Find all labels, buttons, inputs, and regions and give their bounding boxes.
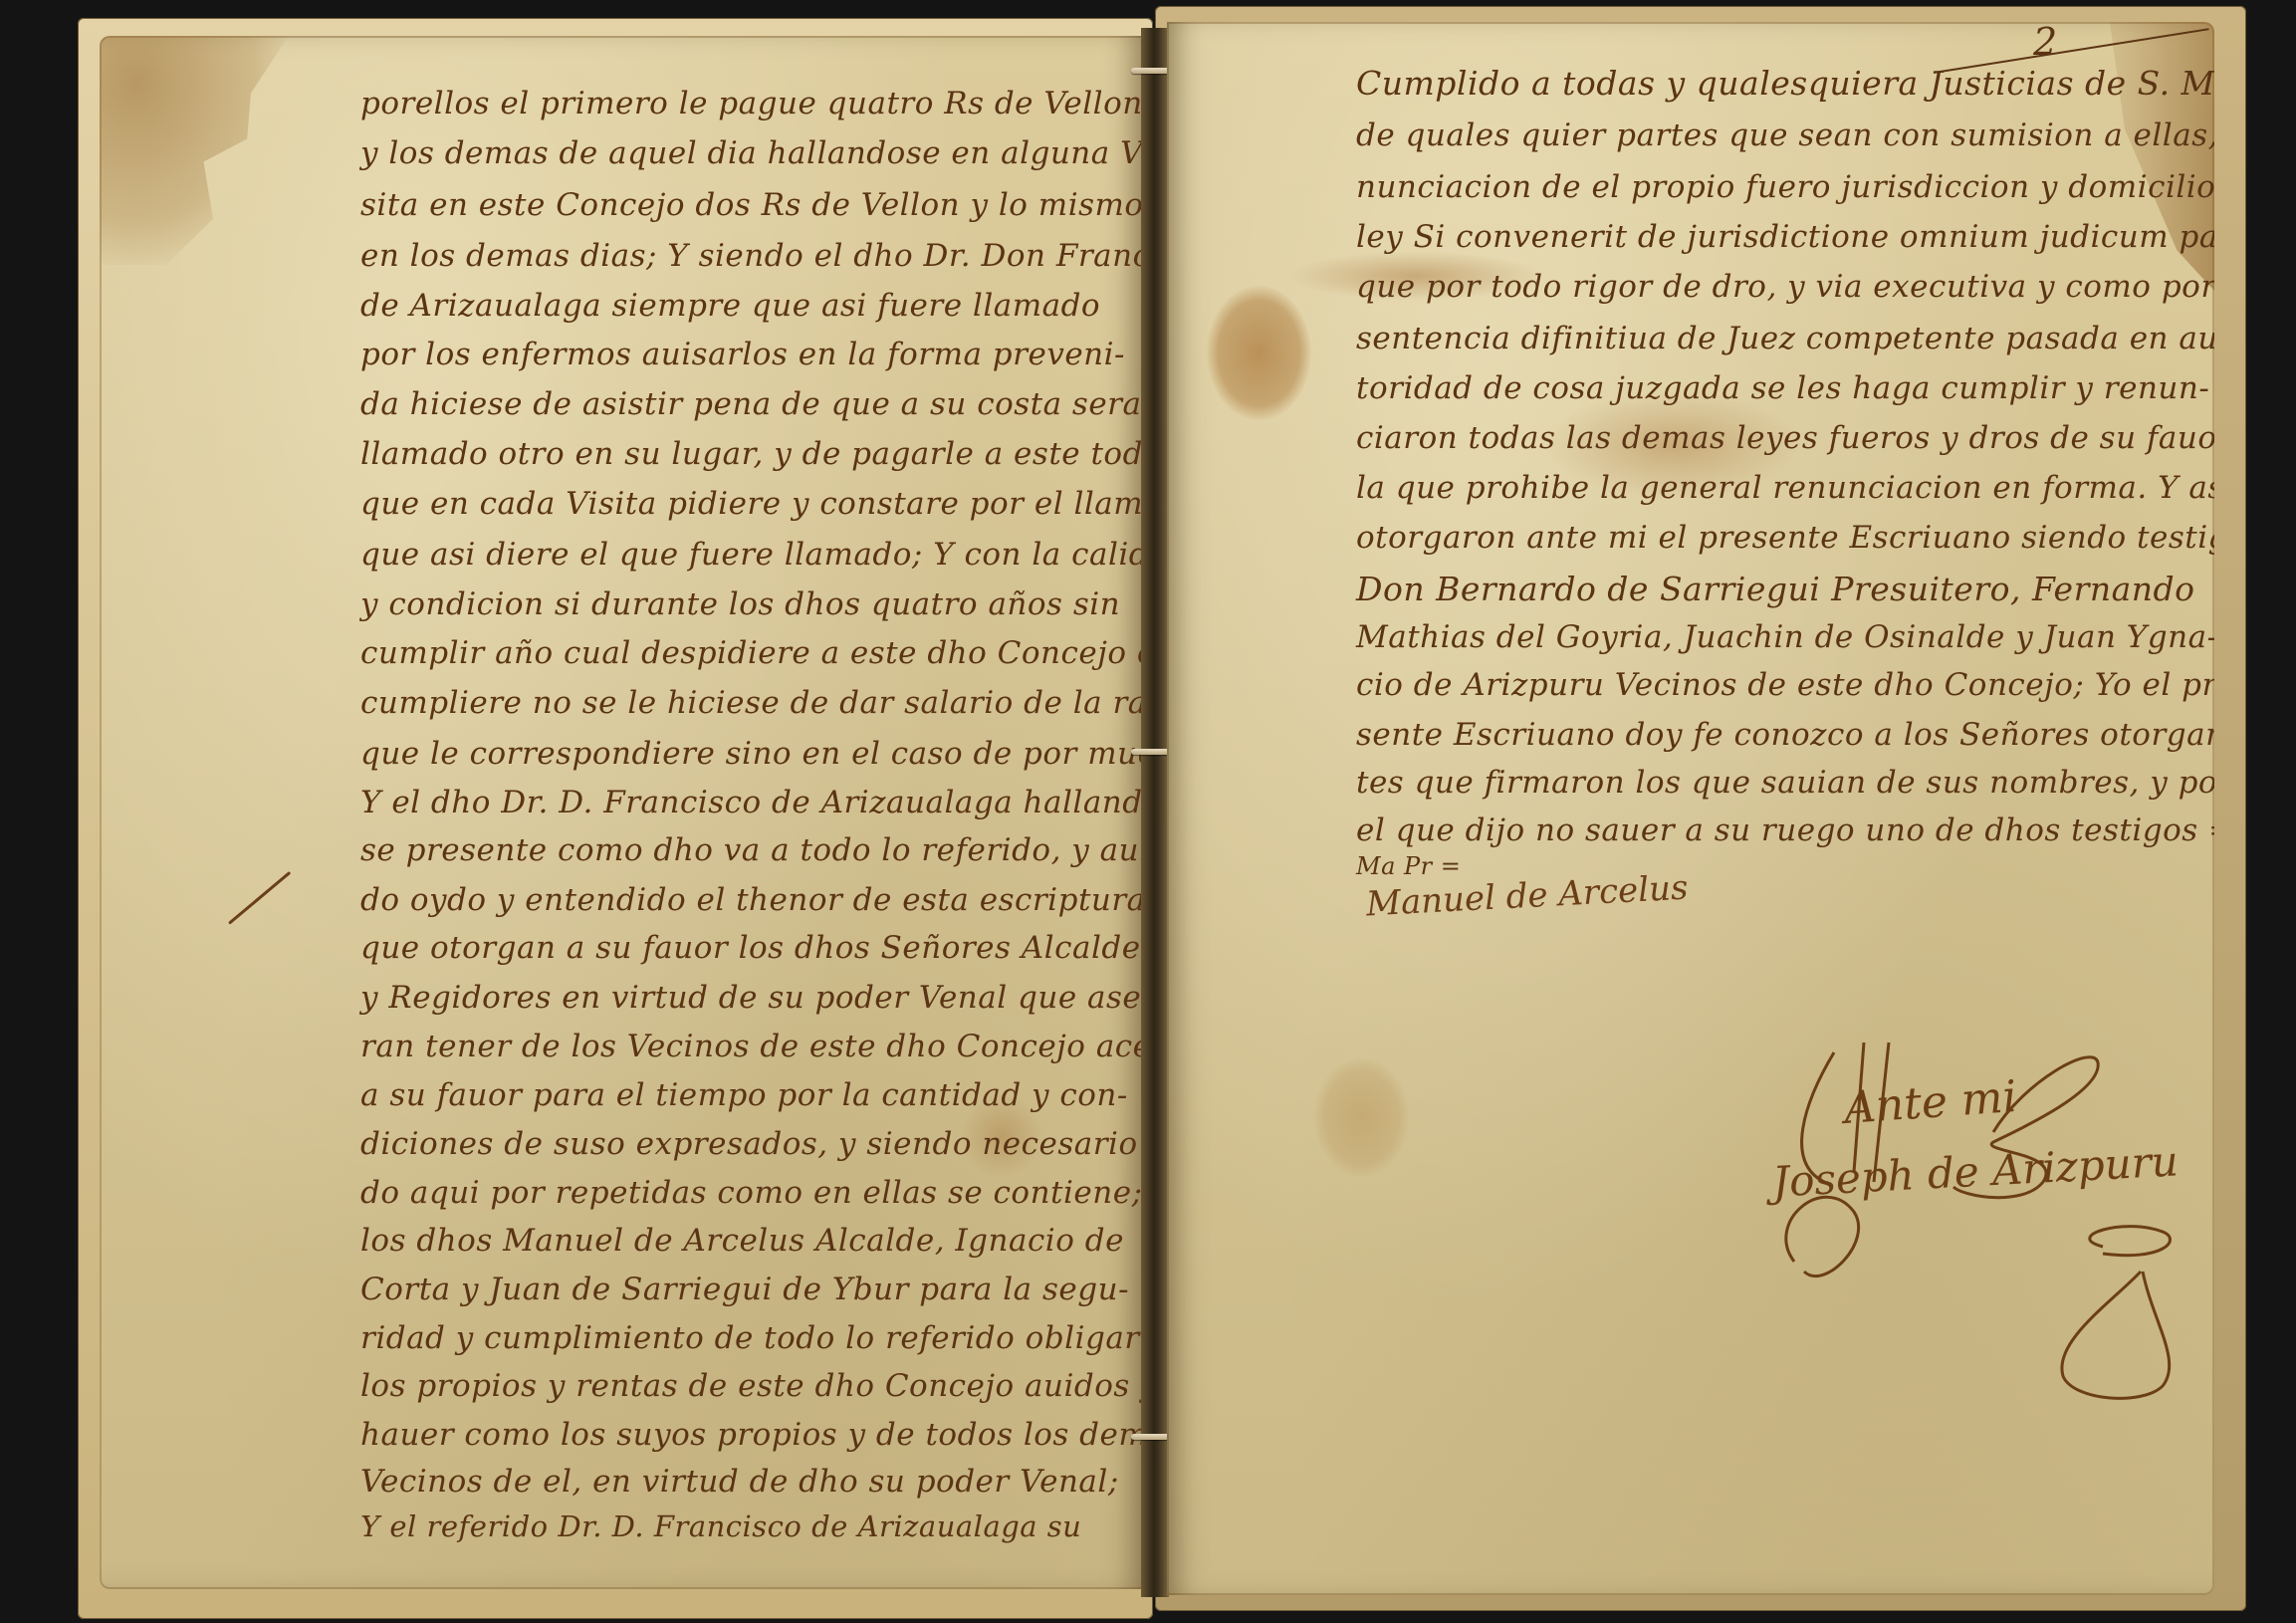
text-line: ran tener de los Vecinos de este dho Con… xyxy=(360,1029,1143,1064)
text-line: y los demas de aquel dia hallandose en a… xyxy=(360,135,1143,171)
folio-number: 2 xyxy=(2033,22,2057,64)
text-line: cio de Arizpuru Vecinos de este dho Conc… xyxy=(1356,667,2214,703)
text-line: porellos el primero le pague quatro Rs d… xyxy=(360,86,1143,121)
signature-flourish-icon xyxy=(1764,1023,2182,1401)
text-line: sente Escriuano doy fe conozco a los Señ… xyxy=(1356,717,2214,753)
text-line: tes que firmaron los que sauian de sus n… xyxy=(1356,765,2214,801)
text-line: que otorgan a su fauor los dhos Señores … xyxy=(360,930,1143,966)
text-line: cumplir año cual despidiere a este dho C… xyxy=(360,635,1143,671)
binding-gutter xyxy=(1141,28,1169,1597)
text-line: a su fauor para el tiempo por la cantida… xyxy=(360,1077,1128,1113)
text-line: Cumplido a todas y qualesquiera Justicia… xyxy=(1356,64,2214,103)
text-line: Ma Pr = xyxy=(1356,852,1461,880)
text-line: cumpliere no se le hiciese de dar salari… xyxy=(360,685,1143,721)
text-line: Y el referido Dr. D. Francisco de Arizau… xyxy=(360,1509,1081,1543)
text-line: la que prohibe la general renunciacion e… xyxy=(1356,470,2214,506)
text-line: los propios y rentas de este dho Concejo… xyxy=(360,1368,1143,1404)
text-line: el que dijo no sauer a su ruego uno de d… xyxy=(1356,812,2214,848)
right-page: 2 Cumplido a todas y qualesquiera Justic… xyxy=(1167,22,2214,1595)
text-line: que por todo rigor de dro, y via executi… xyxy=(1356,269,2214,305)
text-line: Mathias del Goyria, Juachin de Osinalde … xyxy=(1356,619,2214,655)
text-line: que asi diere el que fuere llamado; Y co… xyxy=(360,537,1143,573)
text-line: Y el dho Dr. D. Francisco de Arizaualaga… xyxy=(360,785,1143,820)
text-line: y Regidores en virtud de su poder Venal … xyxy=(360,980,1143,1016)
text-line: ciaron todas las demas leyes fueros y dr… xyxy=(1356,420,2214,456)
text-line: do aqui por repetidas como en ellas se c… xyxy=(360,1175,1143,1211)
text-line: toridad de cosa juzgada se les haga cump… xyxy=(1356,370,2209,406)
round-stain xyxy=(1314,1057,1409,1177)
text-line: diciones de suso expresados, y siendo ne… xyxy=(360,1126,1143,1162)
text-line: ley Si convenerit de jurisdictione omniu… xyxy=(1356,219,2214,255)
text-line: Corta y Juan de Sarriegui de Ybur para l… xyxy=(360,1272,1129,1307)
text-line: por los enfermos auisarlos en la forma p… xyxy=(360,337,1125,372)
margin-mark xyxy=(228,871,291,925)
text-line: los dhos Manuel de Arcelus Alcalde, Igna… xyxy=(360,1223,1124,1259)
text-line: se presente como dho va a todo lo referi… xyxy=(360,832,1143,868)
text-line: Don Bernardo de Sarriegui Presuitero, Fe… xyxy=(1356,570,2195,608)
text-line: sentencia difinitiua de Juez competente … xyxy=(1356,321,2214,356)
text-line: Vecinos de el, en virtud de dho su poder… xyxy=(360,1464,1119,1500)
text-line: llamado otro en su lugar, y de pagarle a… xyxy=(360,436,1143,472)
text-line: nunciacion de el propio fuero jurisdicci… xyxy=(1356,169,2214,205)
large-stain xyxy=(1207,286,1311,420)
text-line: de quales quier partes que sean con sumi… xyxy=(1356,117,2214,153)
text-line: sita en este Concejo dos Rs de Vellon y … xyxy=(360,187,1143,223)
text-line: ridad y cumplimiento de todo lo referido… xyxy=(360,1320,1143,1356)
text-line: do oydo y entendido el thenor de esta es… xyxy=(360,882,1143,918)
manuscript-spread: porellos el primero le pague quatro Rs d… xyxy=(0,0,2296,1623)
text-line: en los demas dias; Y siendo el dho Dr. D… xyxy=(360,238,1143,274)
corner-water-stain xyxy=(100,36,289,265)
left-page: porellos el primero le pague quatro Rs d… xyxy=(100,36,1143,1589)
text-line: y condicion si durante los dhos quatro a… xyxy=(360,586,1120,622)
text-line: hauer como los suyos propios y de todos … xyxy=(360,1417,1143,1453)
text-line: que en cada Visita pidiere y constare po… xyxy=(360,486,1143,522)
text-line: otorgaron ante mi el presente Escriuano … xyxy=(1356,520,2214,556)
text-line: de Arizaualaga siempre que asi fuere lla… xyxy=(360,288,1100,324)
text-line: que le correspondiere sino en el caso de… xyxy=(360,736,1143,772)
text-line: da hiciese de asistir pena de que a su c… xyxy=(360,386,1141,422)
